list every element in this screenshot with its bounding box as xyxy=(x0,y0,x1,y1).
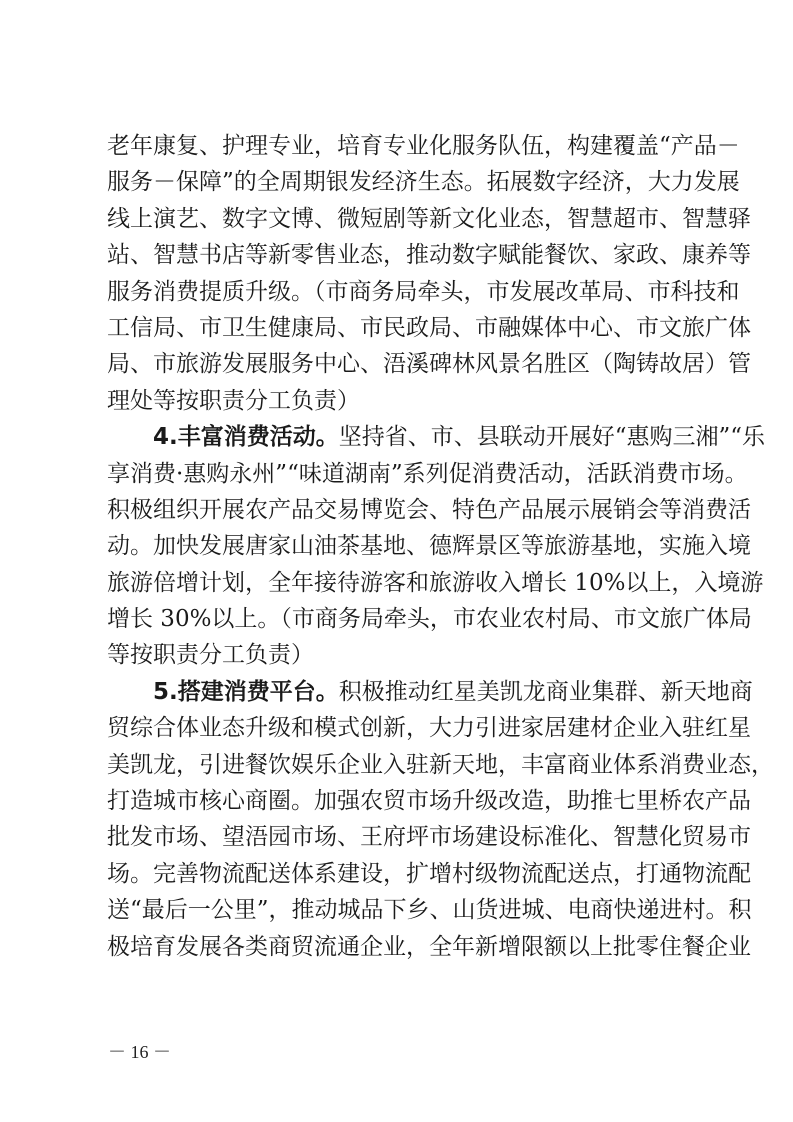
text-line: 等按职责分工负责） xyxy=(107,637,697,673)
text-line: 打造城市核心商圈。加强农贸市场升级改造，助推七里桥农产品 xyxy=(107,783,697,819)
text-line: 增长 30%以上。（市商务局牵头，市农业农村局、市文旅广体局 xyxy=(107,601,697,637)
paragraph-item-4: 4.丰富消费活动。坚持省、市、县联动开展好“惠购三湘”“乐 享消费·惠购永州”“… xyxy=(107,419,697,674)
text-line: 送“最后一公里”，推动城品下乡、山货进城、电商快递进村。积 xyxy=(107,892,697,928)
document-page: 老年康复、护理专业，培育专业化服务队伍，构建覆盖“产品－ 服务－保障”的全周期银… xyxy=(0,0,793,1122)
text-line: 服务－保障”的全周期银发经济生态。拓展数字经济，大力发展 xyxy=(107,164,697,200)
text-line: 动。加快发展唐家山油茶基地、德辉景区等旅游基地，实施入境 xyxy=(107,528,697,564)
body-text: 老年康复、护理专业，培育专业化服务队伍，构建覆盖“产品－ 服务－保障”的全周期银… xyxy=(107,128,697,965)
text-line: 4.丰富消费活动。坚持省、市、县联动开展好“惠购三湘”“乐 xyxy=(107,419,697,455)
text-line: 美凯龙，引进餐饮娱乐企业入驻新天地，丰富商业体系消费业态， xyxy=(107,747,697,783)
text-line: 线上演艺、数字文博、微短剧等新文化业态，智慧超市、智慧驿 xyxy=(107,201,697,237)
text-line: 站、智慧书店等新零售业态，推动数字赋能餐饮、家政、康养等 xyxy=(107,237,697,273)
page-number: － 16 － xyxy=(108,1038,171,1064)
item-heading: 4.丰富消费活动。 xyxy=(153,424,339,450)
text-line: 积极组织开展农产品交易博览会、特色产品展示展销会等消费活 xyxy=(107,492,697,528)
text-line: 局、市旅游发展服务中心、浯溪碑林风景名胜区（陶铸故居）管 xyxy=(107,346,697,382)
text-line: 理处等按职责分工负责） xyxy=(107,383,697,419)
text-run: 积极推动红星美凯龙商业集群、新天地商 xyxy=(339,679,753,705)
paragraph-continued: 老年康复、护理专业，培育专业化服务队伍，构建覆盖“产品－ 服务－保障”的全周期银… xyxy=(107,128,697,419)
text-line: 场。完善物流配送体系建设，扩增村级物流配送点，打通物流配 xyxy=(107,856,697,892)
text-line: 服务消费提质升级。（市商务局牵头，市发展改革局、市科技和 xyxy=(107,274,697,310)
text-line: 批发市场、望浯园市场、王府坪市场建设标准化、智慧化贸易市 xyxy=(107,819,697,855)
text-line: 极培育发展各类商贸流通企业，全年新增限额以上批零住餐企业 xyxy=(107,929,697,965)
text-line: 旅游倍增计划，全年接待游客和旅游收入增长 10%以上，入境游 xyxy=(107,565,697,601)
text-run: 坚持省、市、县联动开展好“惠购三湘”“乐 xyxy=(339,424,765,450)
text-line: 老年康复、护理专业，培育专业化服务队伍，构建覆盖“产品－ xyxy=(107,128,697,164)
text-line: 工信局、市卫生健康局、市民政局、市融媒体中心、市文旅广体 xyxy=(107,310,697,346)
paragraph-item-5: 5.搭建消费平台。积极推动红星美凯龙商业集群、新天地商 贸综合体业态升级和模式创… xyxy=(107,674,697,965)
item-heading: 5.搭建消费平台。 xyxy=(153,679,339,705)
text-line: 享消费·惠购永州”“味道湖南”系列促消费活动，活跃消费市场。 xyxy=(107,456,697,492)
text-line: 贸综合体业态升级和模式创新，大力引进家居建材企业入驻红星 xyxy=(107,710,697,746)
text-line: 5.搭建消费平台。积极推动红星美凯龙商业集群、新天地商 xyxy=(107,674,697,710)
